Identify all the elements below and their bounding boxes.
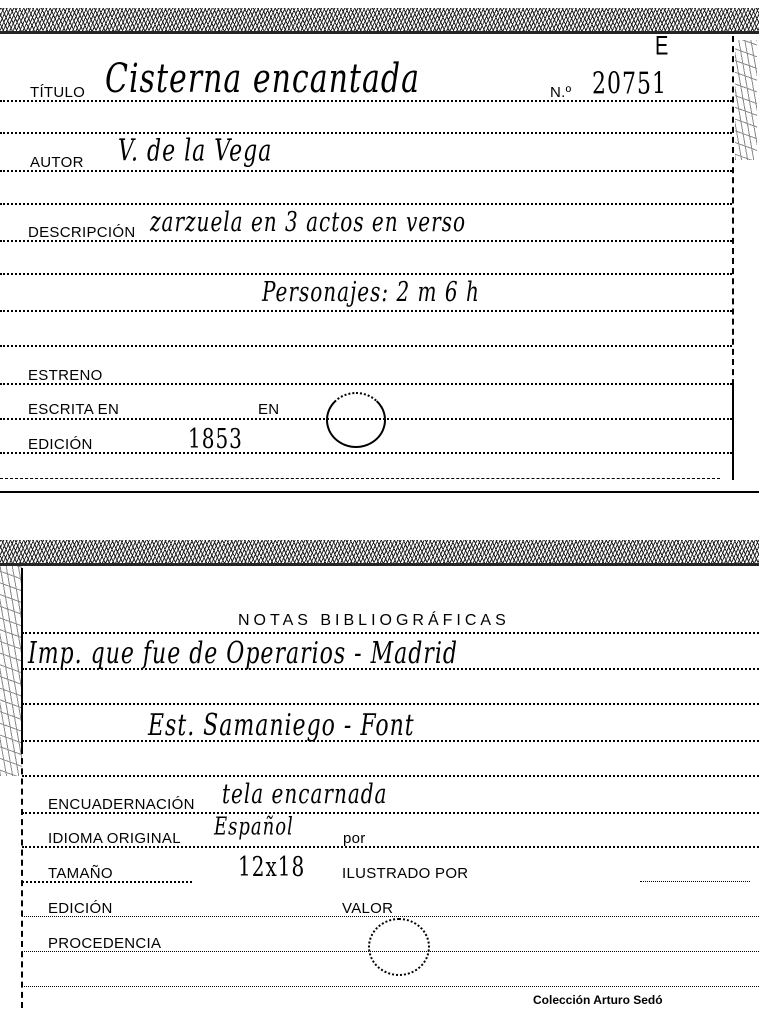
rule-encuadernacion — [22, 812, 759, 814]
en-label: EN — [258, 402, 279, 417]
numero-value: 20751 — [592, 70, 667, 100]
por-label: por — [343, 831, 366, 846]
encuadernacion-value: tela encarnada — [222, 780, 387, 807]
scan-noise-right — [735, 40, 757, 160]
note-line-1: Imp. que fue de Operarios - Madrid — [28, 640, 458, 670]
autor-value: V. de la Vega — [118, 137, 272, 167]
encuadernacion-label: ENCUADERNACIÓN — [48, 797, 195, 812]
rule-edicion — [0, 452, 732, 454]
escrita-en-label: ESCRITA EN — [28, 402, 119, 417]
rule-4 — [0, 310, 732, 312]
tamano-value: 12x18 — [238, 853, 305, 880]
rule-tamano — [22, 881, 192, 883]
estreno-label: ESTRENO — [28, 368, 103, 383]
scan-noise-middle — [0, 540, 759, 566]
descripcion-label: DESCRIPCIÓN — [28, 225, 135, 240]
rule-titulo — [0, 100, 732, 102]
rule-note-1 — [22, 668, 759, 670]
rule-final — [22, 986, 759, 987]
ilustrado-por-label: ILUSTRADO POR — [342, 866, 468, 881]
rule-descripcion — [0, 240, 732, 242]
idioma-value: Español — [214, 816, 294, 840]
descripcion-value-2: Personajes: 2 m 6 h — [262, 278, 480, 305]
scan-noise-top — [0, 8, 759, 34]
rule-notas — [22, 632, 759, 634]
idioma-label: IDIOMA ORIGINAL — [48, 831, 181, 846]
rule-bottom-faint — [0, 478, 720, 479]
rule-edicion-valor — [22, 916, 759, 917]
descripcion-value: zarzuela en 3 actos en verso — [150, 208, 466, 235]
edicion-label: EDICIÓN — [28, 437, 93, 452]
note-line-2: Est. Samaniego - Font — [148, 712, 415, 742]
rule-note-2 — [22, 740, 759, 742]
rule-estreno — [0, 383, 732, 385]
procedencia-label: PROCEDENCIA — [48, 936, 161, 951]
edicion-label-2: EDICIÓN — [48, 901, 113, 916]
card-border-left-dashed — [21, 748, 23, 1008]
ink-stamp-circle — [326, 392, 386, 448]
titulo-label: TÍTULO — [30, 85, 85, 100]
valor-label: VALOR — [342, 901, 393, 916]
titulo-value: Cisterna encantada — [105, 60, 420, 101]
edicion-value: 1853 — [188, 425, 243, 452]
notas-heading: NOTAS BIBLIOGRÁFICAS — [238, 612, 510, 630]
rule-note-gap — [22, 703, 759, 705]
numero-label: N.º — [550, 85, 571, 100]
rule-idioma — [22, 846, 759, 848]
rule-6 — [22, 775, 759, 777]
collection-footer: Colección Arturo Sedó — [533, 993, 663, 1007]
scan-noise-left — [0, 566, 22, 776]
faint-ink-stamp-circle — [368, 918, 430, 976]
rule-autor — [0, 170, 732, 172]
rule-ilustrado — [640, 881, 750, 882]
card-border-left — [21, 568, 23, 748]
autor-label: AUTOR — [30, 155, 84, 170]
rule-1 — [0, 132, 732, 134]
card-separator — [0, 491, 759, 493]
tamano-label: TAMAÑO — [48, 866, 113, 881]
corner-mark: E — [655, 33, 669, 60]
card-border-right-solid — [732, 380, 734, 480]
rule-5 — [0, 345, 732, 347]
